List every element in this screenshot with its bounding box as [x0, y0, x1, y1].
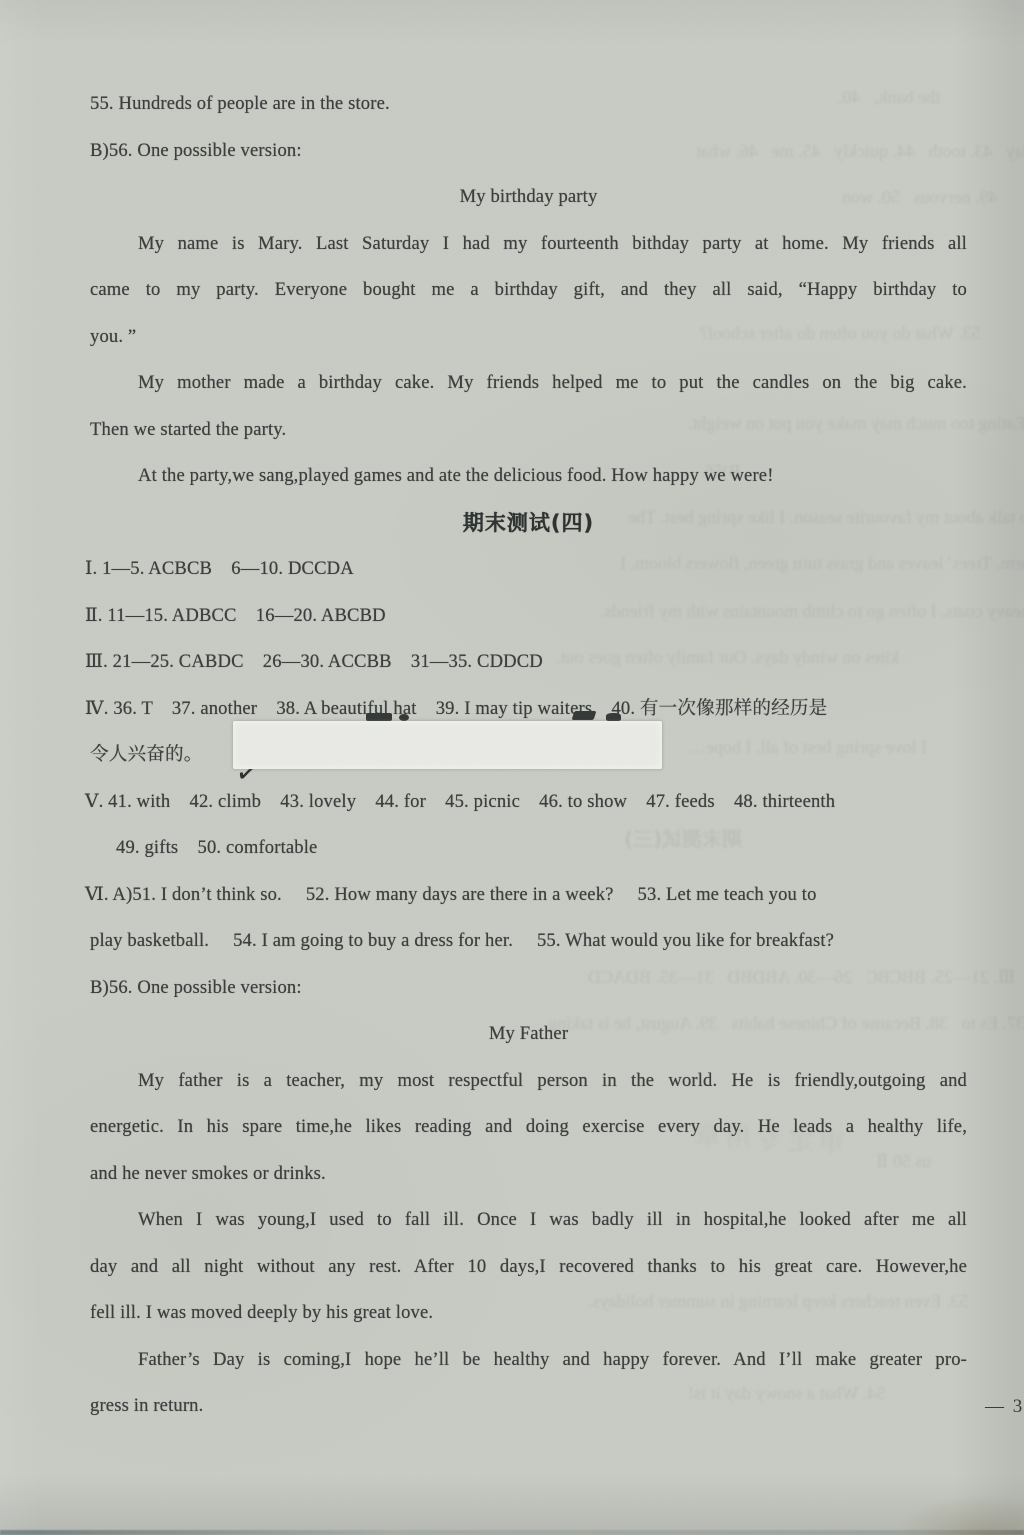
- essay-line: Father’s Day is coming,I hope he’ll be h…: [90, 1337, 967, 1384]
- essay-line: energetic. In his spare time,he likes re…: [90, 1104, 967, 1151]
- covered-text-fragment: [366, 713, 392, 721]
- section-heading: 期末测试(四): [90, 500, 967, 547]
- page-corner-curl: [890, 1492, 1024, 1535]
- essay-line: day and all night without any rest. Afte…: [90, 1244, 967, 1291]
- essay-line: When I was young,I used to fall ill. Onc…: [90, 1197, 967, 1244]
- essay-line: My mother made a birthday cake. My frien…: [90, 360, 967, 407]
- essay-line: came to my party. Everyone bought me a b…: [90, 267, 967, 314]
- answer-line: Ⅲ. 21—25. CABDC 26—30. ACCBB 31—35. CDDC…: [85, 639, 967, 686]
- answer-line: play basketball. 54. I am going to buy a…: [90, 918, 967, 965]
- essay-title: My Father: [90, 1011, 967, 1058]
- covered-text-fragment: [399, 714, 409, 721]
- essay-line: and he never smokes or drinks.: [90, 1151, 967, 1198]
- essay-line: At the party,we sang,played games and at…: [90, 453, 967, 500]
- essay-line: My father is a teacher, my most respectf…: [90, 1058, 967, 1105]
- scan-edge-shadow: [0, 1530, 1024, 1535]
- answer-line: 55. Hundreds of people are in the store.: [90, 81, 967, 128]
- answer-line: B)56. One possible version:: [90, 128, 967, 175]
- whiteout-correction-box: [233, 721, 662, 769]
- answer-line: B)56. One possible version:: [90, 965, 967, 1012]
- covered-text-fragment: [606, 713, 621, 721]
- essay-line: fell ill. I was moved deeply by his grea…: [90, 1290, 967, 1337]
- essay-line: My name is Mary. Last Saturday I had my …: [90, 221, 967, 268]
- essay-title: My birthday party: [90, 174, 967, 221]
- scanned-answer-key-page: the bank, 40. Ⅴ. 41. it 42. Monday 43. t…: [0, 0, 1024, 1535]
- answer-line: 49. gifts 50. comfortable: [90, 825, 967, 872]
- essay-line: Then we started the party.: [90, 407, 967, 454]
- answer-line: Ⅴ. 41. with 42. climb 43. lovely 44. for…: [85, 779, 967, 826]
- answer-line: Ⅰ. 1—5. ACBCB 6—10. DCCDA: [85, 546, 967, 593]
- covered-text-fragment: [572, 711, 597, 720]
- answer-line: Ⅵ. A)51. I don’t think so. 52. How many …: [85, 872, 967, 919]
- page-number: — 3: [985, 1396, 1024, 1418]
- essay-line: you. ”: [90, 314, 967, 361]
- answer-line: Ⅱ. 11—15. ADBCC 16—20. ABCBD: [85, 593, 967, 640]
- essay-line: gress in return.: [90, 1383, 967, 1430]
